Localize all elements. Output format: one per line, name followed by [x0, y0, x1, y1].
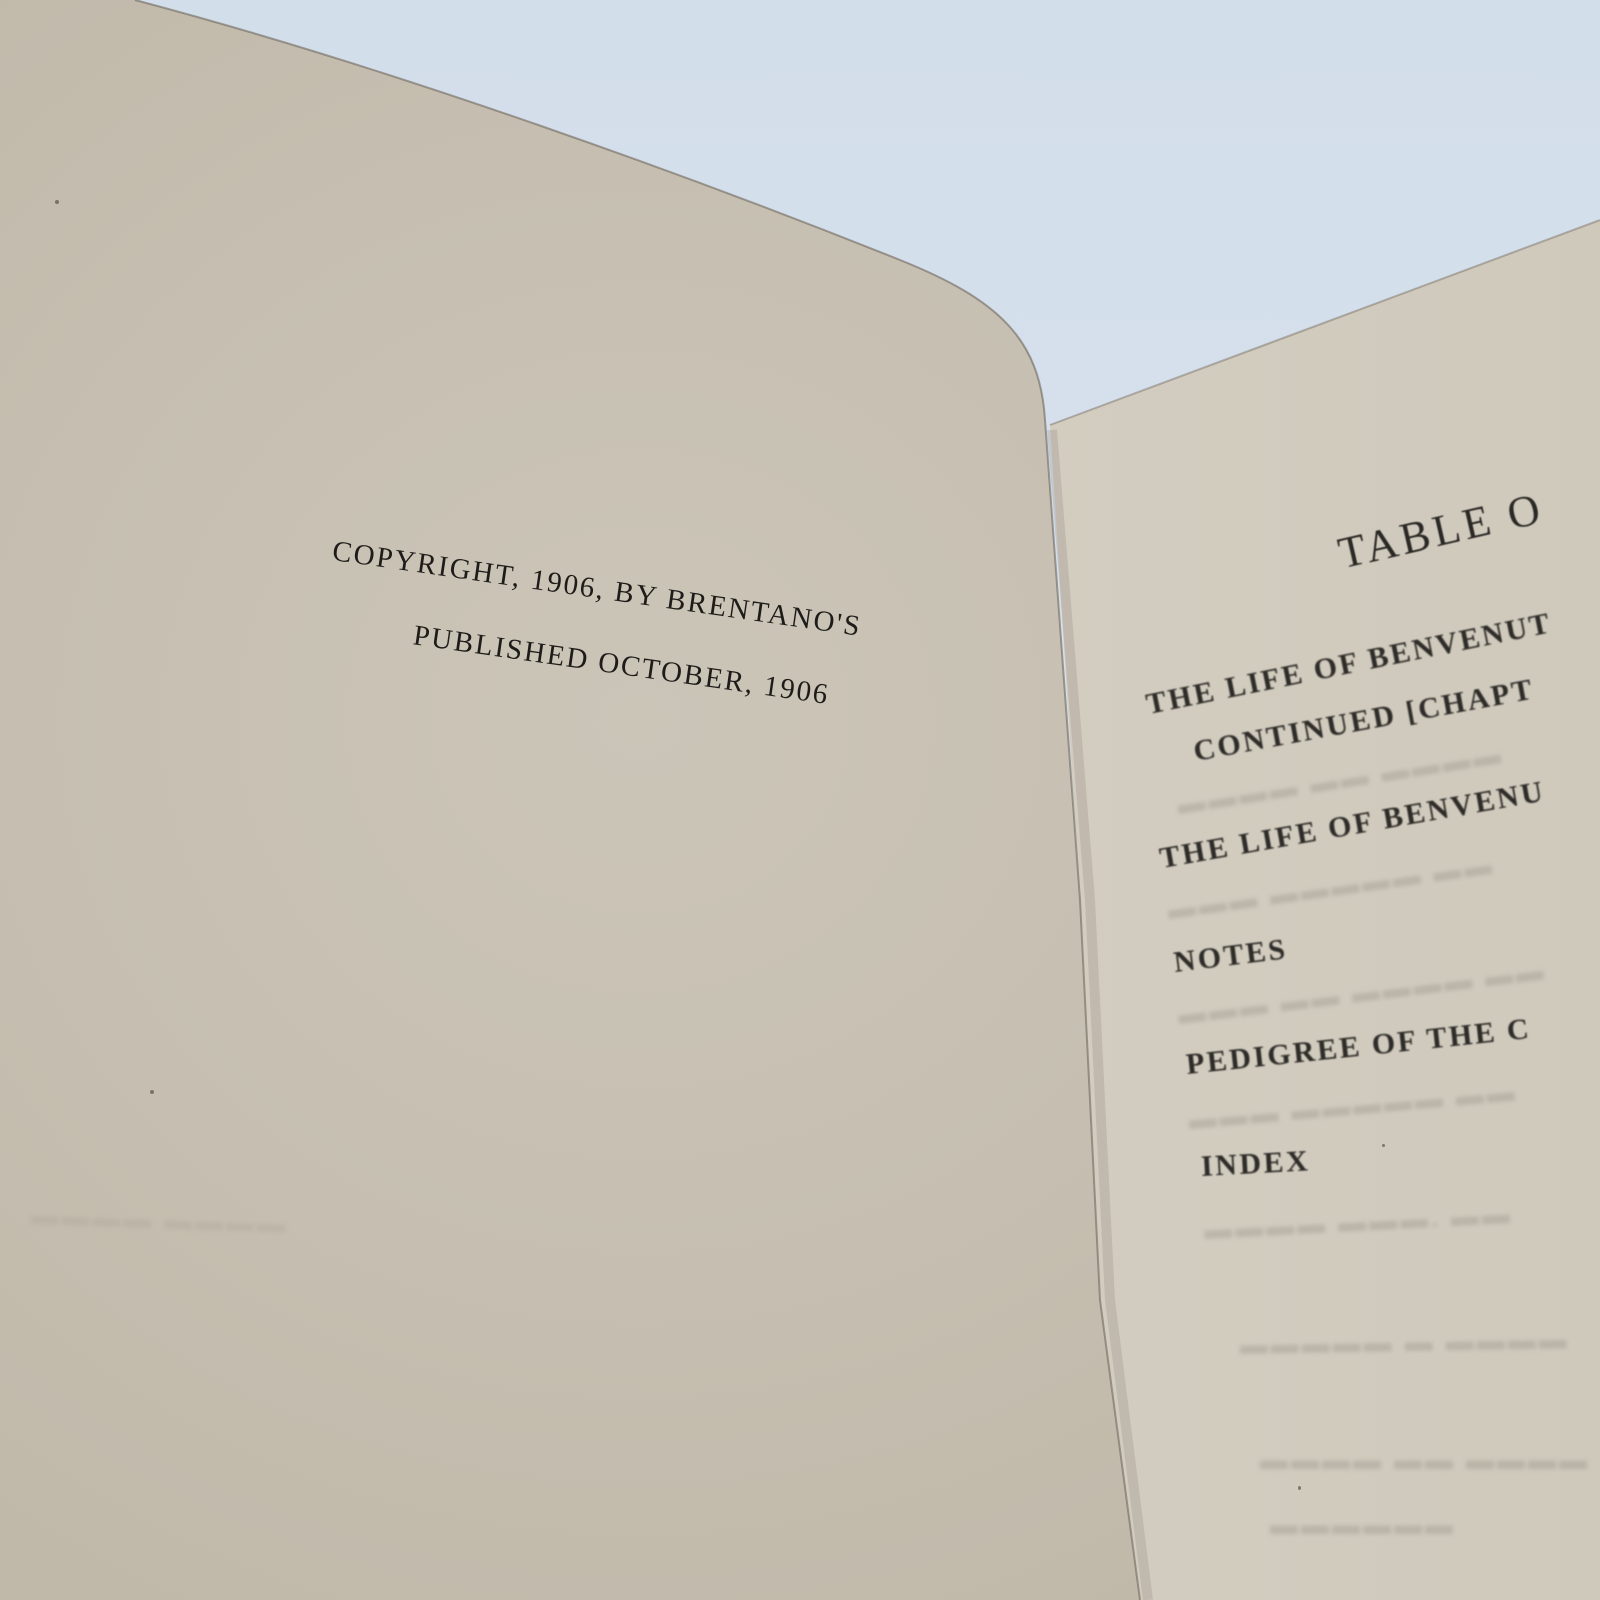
book-photo: COPYRIGHT, 1906, BY BRENTANO'S PUBLISHED… [0, 0, 1600, 1600]
show-through-text: ▬▬▬▬ ▬▬ ▬▬▬▬ [1260, 1445, 1590, 1477]
paper-speck [1382, 1144, 1385, 1147]
paper-speck [55, 200, 59, 204]
paper-speck [1298, 1486, 1301, 1490]
show-through-text: ▬▬▬▬▬ ▬ ▬▬▬▬ [1239, 1324, 1570, 1362]
paper-speck [150, 1090, 154, 1094]
show-through-text: ▬▬▬▬▬▬ [1270, 1510, 1456, 1542]
toc-entry: INDEX [1200, 1144, 1311, 1184]
